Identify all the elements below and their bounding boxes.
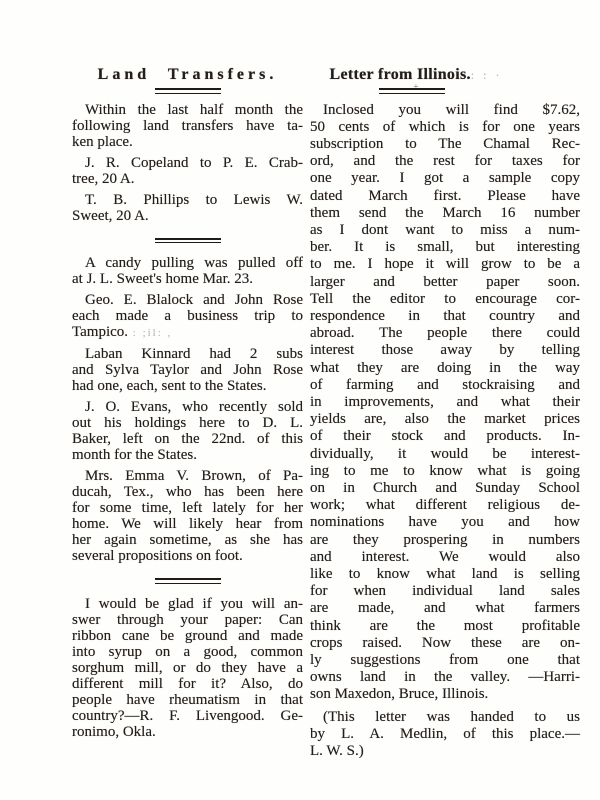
text-line: Laban Kinnard had 2 subs xyxy=(72,346,303,362)
text-line: of farming and stockraising and xyxy=(310,377,580,394)
text-line: sorghum mill, or do they have a xyxy=(72,660,303,676)
text-line: crops raised. Now these are on- xyxy=(310,635,580,652)
paragraph: Within the last half month thefollowing … xyxy=(72,102,303,150)
text-line: ing to me to know what is going xyxy=(310,463,580,480)
heading-double-rule xyxy=(155,88,221,94)
column-body: Inclosed you will find $7.62,50 cents of… xyxy=(310,102,580,761)
text-line: what they are doing in the way xyxy=(310,360,580,377)
paragraph: T. B. Phillips to Lewis W.Sweet, 20 A. xyxy=(72,192,303,224)
text-line: several propositions on foot. xyxy=(72,548,303,564)
text-line: on in Church and Sunday School xyxy=(310,480,580,497)
text-line: different mill for it? Also, do xyxy=(72,676,303,692)
text-line: ribbon cane be ground and made xyxy=(72,628,303,644)
text-line: work; what different religious de- xyxy=(310,497,580,514)
heading-double-rule xyxy=(379,88,445,94)
text-line: ly suggestions from one that xyxy=(310,652,580,669)
text-line: like to know what land is selling xyxy=(310,566,580,583)
text-line: one year. I got a sample copy xyxy=(310,170,580,187)
text-line: Sweet, 20 A. xyxy=(72,208,303,224)
newspaper-page: Land Transfers. Within the last half mon… xyxy=(0,0,600,800)
text-line: to me. I hope it will grow to be a xyxy=(310,256,580,273)
paragraph: J. O. Evans, who recently soldout his ho… xyxy=(72,399,303,463)
text-line: larger and better paper soon. xyxy=(310,274,580,291)
text-line: in improvements, and what their xyxy=(310,394,580,411)
paragraph: Mrs. Emma V. Brown, of Pa-ducah, Tex., w… xyxy=(72,468,303,564)
text-line: ken place. xyxy=(72,134,303,150)
column-land-transfers: Land Transfers. Within the last half mon… xyxy=(72,66,303,745)
text-line: them send the March 16 number xyxy=(310,205,580,222)
text-line: her again sometime, as she has xyxy=(72,532,303,548)
text-line: and interest. We would also xyxy=(310,549,580,566)
text-line: son Maxedon, Bruce, Illinois. xyxy=(310,686,580,703)
text-line: at J. L. Sweet's home Mar. 23. xyxy=(72,271,303,287)
text-line: by L. A. Medlin, of this place.— xyxy=(310,726,580,743)
text-line: J. R. Copeland to P. E. Crab- xyxy=(72,155,303,171)
text-line: people have rheumatism in that xyxy=(72,692,303,708)
text-line: ber. It is small, but interesting xyxy=(310,239,580,256)
text-line: (This letter was handed to us xyxy=(310,709,580,726)
text-line: ducah, Tex., who has been here xyxy=(72,484,303,500)
text-line: Inclosed you will find $7.62, xyxy=(310,102,580,119)
paragraph: I would be glad if you will an-swer thro… xyxy=(72,596,303,740)
text-line: dated March first. Please have xyxy=(310,188,580,205)
scan-noise: : ;il: , xyxy=(128,327,172,339)
text-line: each made a business trip to xyxy=(72,308,303,324)
text-line: as I dont want to miss a num- xyxy=(310,222,580,239)
text-line: month for the States. xyxy=(72,447,303,463)
text-line: into syrup on a good, common xyxy=(72,644,303,660)
section-divider-double-rule xyxy=(155,578,221,584)
column-body: Within the last half month thefollowing … xyxy=(72,102,303,740)
text-line: yields are, also the market prices xyxy=(310,411,580,428)
text-line: swer through your paper: Can xyxy=(72,612,303,628)
text-line: Geo. E. Blalock and John Rose xyxy=(72,292,303,308)
text-line: dividually, it would be interest- xyxy=(310,446,580,463)
column-letter-from-illinois: Letter from Illinois.: : · + Inclosed yo… xyxy=(310,66,580,765)
text-line: out his holdings here to D. L. xyxy=(72,415,303,431)
text-line: interest those away by telling xyxy=(310,342,580,359)
section-divider-double-rule xyxy=(155,238,221,244)
text-line: Tell the editor to encourage cor- xyxy=(310,291,580,308)
text-line: are they prospering in numbers xyxy=(310,532,580,549)
text-line: had one, each, sent to the States. xyxy=(72,378,303,394)
heading-text: Letter from Illinois. xyxy=(330,66,471,83)
text-line: 50 cents of which is for one years xyxy=(310,119,580,136)
text-line: subscription to The Chamal Rec- xyxy=(310,136,580,153)
text-line: tree, 20 A. xyxy=(72,171,303,187)
paragraph: Inclosed you will find $7.62,50 cents of… xyxy=(310,102,580,704)
paragraph: (This letter was handed to usby L. A. Me… xyxy=(310,709,580,761)
text-line: ronimo, Okla. xyxy=(72,724,303,740)
text-line: ord, and the rest for taxes for xyxy=(310,153,580,170)
text-line: respondence in that country and xyxy=(310,308,580,325)
text-line: Within the last half month the xyxy=(72,102,303,118)
text-line: following land transfers have ta- xyxy=(72,118,303,134)
scan-noise: : : · xyxy=(471,68,503,82)
column-heading: Letter from Illinois.: : · xyxy=(310,66,580,84)
text-line: I would be glad if you will an- xyxy=(72,596,303,612)
paragraph: A candy pulling was pulled offat J. L. S… xyxy=(72,255,303,287)
text-line: T. B. Phillips to Lewis W. xyxy=(72,192,303,208)
text-line: J. O. Evans, who recently sold xyxy=(72,399,303,415)
text-line: and Sylva Taylor and John Rose xyxy=(72,362,303,378)
text-line: home. We will likely hear from xyxy=(72,516,303,532)
paragraph: Laban Kinnard had 2 subsand Sylva Taylor… xyxy=(72,346,303,394)
paragraph: Geo. E. Blalock and John Roseeach made a… xyxy=(72,292,303,341)
text-line: are made, and what farmers xyxy=(310,600,580,617)
text-line: Tampico. : ;il: , xyxy=(72,324,303,341)
column-heading: Land Transfers. xyxy=(72,66,303,84)
text-line: Baker, left on the 22nd. of this xyxy=(72,431,303,447)
text-line: Mrs. Emma V. Brown, of Pa- xyxy=(72,468,303,484)
text-line: nominations have you and how xyxy=(310,514,580,531)
text-line: A candy pulling was pulled off xyxy=(72,255,303,271)
text-line: owns land in the valley. —Harri- xyxy=(310,669,580,686)
text-line: L. W. S.) xyxy=(310,743,580,760)
text-line: abroad. The people there could xyxy=(310,325,580,342)
text-line: for some time, left lately for her xyxy=(72,500,303,516)
heading-text: Land Transfers. xyxy=(98,66,278,83)
paragraph: J. R. Copeland to P. E. Crab-tree, 20 A. xyxy=(72,155,303,187)
text-line: country?—R. F. Livengood. Ge- xyxy=(72,708,303,724)
text-line: think are the most profitable xyxy=(310,618,580,635)
text-line: of their stock and products. In- xyxy=(310,428,580,445)
text-line: for when individual land sales xyxy=(310,583,580,600)
